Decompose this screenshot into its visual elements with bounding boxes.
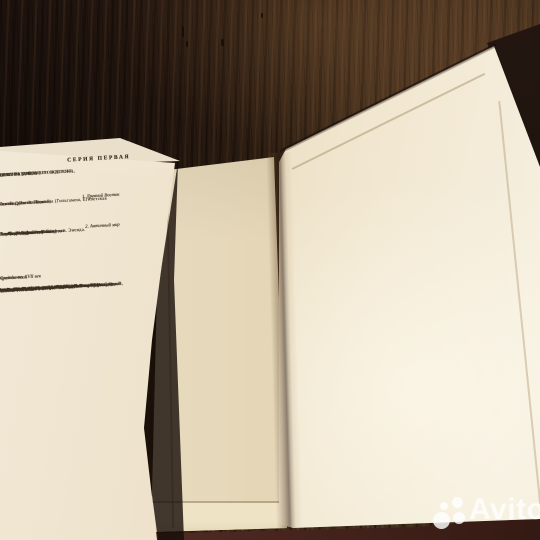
toc-line: Чосер. Кентерберийские рассказы.	[0, 284, 73, 294]
avito-watermark: Avito	[425, 492, 540, 536]
book-photo: СЕРИЯ ПЕРВАЯ ЛИТЕРАТУРА ДРЕВНЕГО ВОСТОКА…	[0, 0, 540, 540]
avito-logo-dot-icon	[452, 497, 463, 508]
toc-line: 2. Махабхарата. Рамаяна.	[0, 199, 47, 207]
wood-grain-speck	[221, 39, 224, 46]
right-page-crease	[498, 101, 540, 509]
table-of-contents: СЕРИЯ ПЕРВАЯ ЛИТЕРАТУРА ДРЕВНЕГО ВОСТОКА…	[0, 136, 237, 488]
wood-grain-speck	[261, 13, 263, 18]
avito-logo-dot-icon	[453, 512, 465, 524]
wood-grain-speck	[186, 41, 188, 47]
avito-logo-dot-icon	[440, 502, 448, 510]
heading-line: Возрождение, XVII век	[0, 274, 41, 282]
section-heading-middle-ages: 3. Средние века, Возрождение, XVII век	[0, 265, 215, 277]
avito-logo-dot-icon	[433, 512, 450, 529]
subtitle-line: XVII и XVIII ВЕКОВ	[0, 170, 38, 178]
wood-grain-speck	[182, 26, 184, 37]
avito-wordmark: Avito	[469, 493, 540, 527]
series-title: СЕРИЯ ПЕРВАЯ	[0, 150, 209, 168]
